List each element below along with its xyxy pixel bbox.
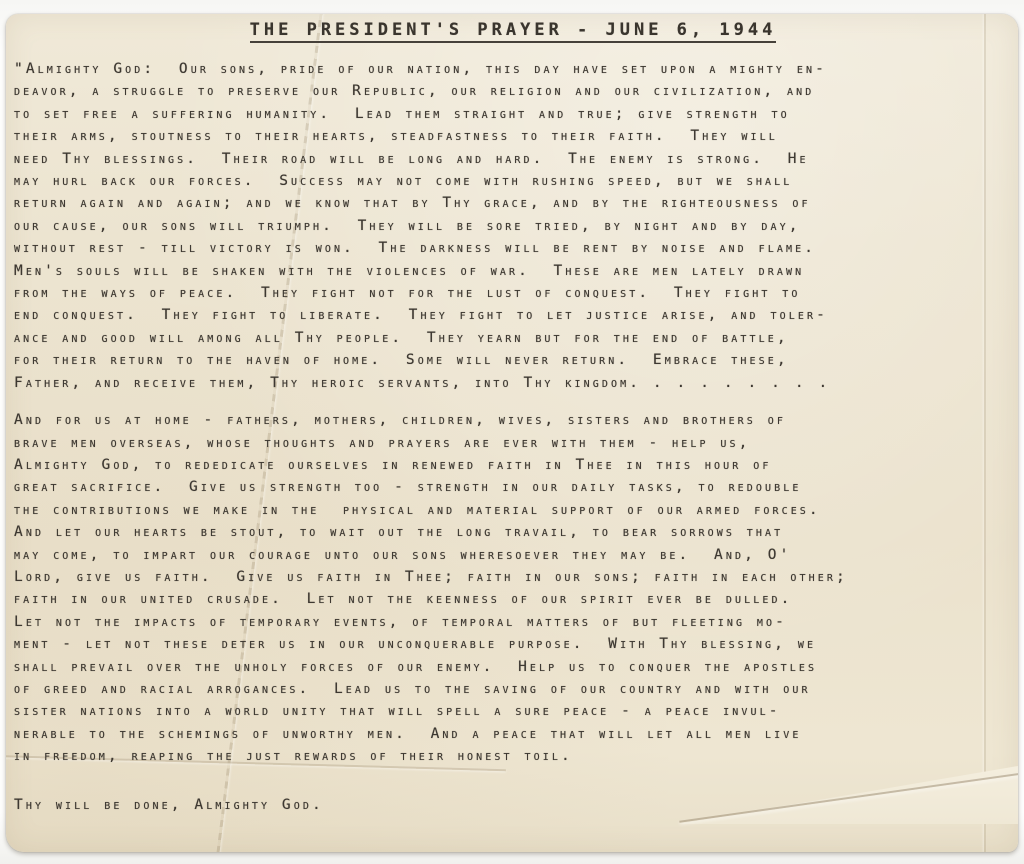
paper: THE PRESIDENT'S PRAYER - JUNE 6, 1944 "A…: [6, 14, 1018, 852]
text-line: end conquest. They fight to liberate. Th…: [14, 304, 1012, 326]
document-title: THE PRESIDENT'S PRAYER - JUNE 6, 1944: [14, 20, 1012, 40]
text-line: Let not the impacts of temporary events,…: [14, 611, 1012, 633]
text-line: may hurl back our forces. Success may no…: [14, 170, 1012, 192]
text-line: faith in our united crusade. Let not the…: [14, 588, 1012, 610]
text-line: great sacrifice. Give us strength too - …: [14, 476, 1012, 498]
text-line: need Thy blessings. Their road will be l…: [14, 148, 1012, 170]
paragraph: And for us at home - fathers, mothers, c…: [14, 409, 1012, 768]
document-content: THE PRESIDENT'S PRAYER - JUNE 6, 1944 "A…: [14, 18, 1012, 831]
text-line: deavor, a struggle to preserve our Repub…: [14, 80, 1012, 102]
text-line: ance and good will among all Thy people.…: [14, 327, 1012, 349]
text-line: ment - let not these deter us in our unc…: [14, 633, 1012, 655]
text-line: of greed and racial arrogances. Lead us …: [14, 678, 1012, 700]
text-line: sister nations into a world unity that w…: [14, 700, 1012, 722]
text-line: Father, and receive them, Thy heroic ser…: [14, 372, 1012, 394]
text-line: And let our hearts be stout, to wait out…: [14, 521, 1012, 543]
text-line: may come, to impart our courage unto our…: [14, 544, 1012, 566]
text-line: brave men overseas, whose thoughts and p…: [14, 432, 1012, 454]
text-line: And for us at home - fathers, mothers, c…: [14, 409, 1012, 431]
text-line: "Almighty God: Our sons, pride of our na…: [14, 58, 1012, 80]
paragraph: Thy will be done, Almighty God.: [14, 794, 1012, 816]
paragraph: "Almighty God: Our sons, pride of our na…: [14, 58, 1012, 394]
text-line: Men's souls will be shaken with the viol…: [14, 260, 1012, 282]
text-line: Lord, give us faith. Give us faith in Th…: [14, 566, 1012, 588]
document-body: "Almighty God: Our sons, pride of our na…: [14, 58, 1012, 816]
text-line: from the ways of peace. They fight not f…: [14, 282, 1012, 304]
text-line: Thy will be done, Almighty God.: [14, 794, 1012, 816]
document-title-text: THE PRESIDENT'S PRAYER - JUNE 6, 1944: [250, 20, 777, 43]
text-line: for their return to the haven of home. S…: [14, 349, 1012, 371]
text-line: shall prevail over the unholy forces of …: [14, 656, 1012, 678]
text-line: to set free a suffering humanity. Lead t…: [14, 103, 1012, 125]
text-line: without rest - till victory is won. The …: [14, 237, 1012, 259]
text-line: the contributions we make in the physica…: [14, 499, 1012, 521]
text-line: their arms, stoutness to their hearts, s…: [14, 125, 1012, 147]
text-line: Almighty God, to rededicate ourselves in…: [14, 454, 1012, 476]
text-line: return again and again; and we know that…: [14, 192, 1012, 214]
text-line: in freedom, reaping the just rewards of …: [14, 745, 1012, 767]
text-line: nerable to the schemings of unworthy men…: [14, 723, 1012, 745]
text-line: our cause, our sons will triumph. They w…: [14, 215, 1012, 237]
